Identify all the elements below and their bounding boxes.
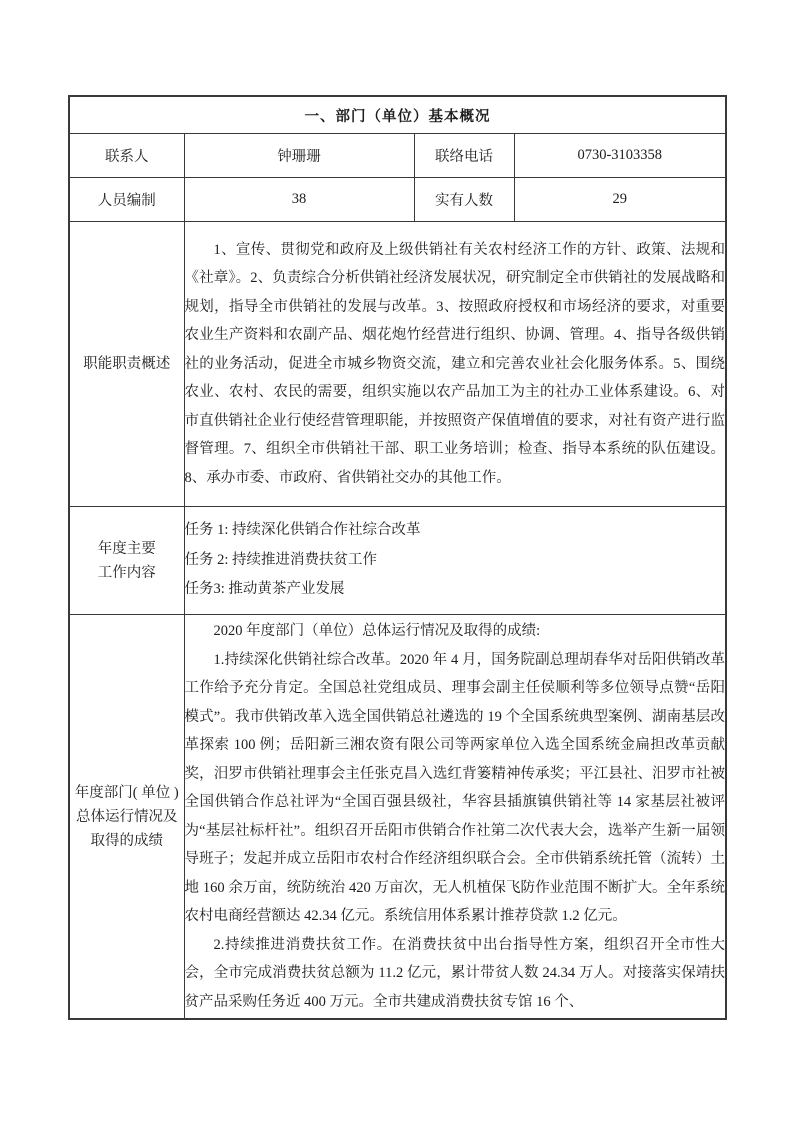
task-item: 任务3: 推动黄茶产业发展 (185, 575, 726, 605)
task-item: 任务 2: 持续推进消费扶贫工作 (185, 546, 726, 576)
annual-tasks-row: 年度主要 工作内容 任务 1: 持续深化供销合作社综合改革 任务 2: 持续推进… (69, 507, 726, 615)
staffing-quota-label: 人员编制 (69, 178, 184, 222)
overview-paragraph-2: 2.持续推进消费扶贫工作。在消费扶贫中出台指导性方案，组织召开全市性大会，全市完… (185, 931, 726, 1017)
overview-intro: 2020 年度部门（单位）总体运行情况及取得的成绩: (185, 617, 726, 646)
headcount-row: 人员编制 38 实有人数 29 (69, 178, 726, 222)
duties-row: 职能职责概述 1、宣传、贯彻党和政府及上级供销社有关农村经济工作的方针、政策、法… (69, 222, 726, 507)
overview-paragraph-1: 1.持续深化供销社综合改革。2020 年 4 月，国务院副总理胡春华对岳阳供销改… (185, 646, 726, 931)
contact-person-label: 联系人 (69, 134, 184, 178)
duties-label: 职能职责概述 (69, 222, 184, 507)
contact-person-value: 钟珊珊 (184, 134, 414, 178)
contact-phone-label: 联络电话 (414, 134, 514, 178)
annual-tasks-content: 任务 1: 持续深化供销合作社综合改革 任务 2: 持续推进消费扶贫工作 任务3… (184, 507, 726, 615)
annual-overview-label: 年度部门( 单位 ) 总体运行情况及 取得的成绩 (69, 615, 184, 1020)
staffing-quota-value: 38 (184, 178, 414, 222)
actual-headcount-label: 实有人数 (414, 178, 514, 222)
section-title: 一、部门（单位）基本概况 (69, 96, 726, 134)
annual-tasks-label: 年度主要 工作内容 (69, 507, 184, 615)
document-page: 一、部门（单位）基本概况 联系人 钟珊珊 联络电话 0730-3103358 人… (0, 0, 793, 1122)
duties-content: 1、宣传、贯彻党和政府及上级供销社有关农村经济工作的方针、政策、法规和《社章》。… (184, 222, 726, 507)
basic-overview-table: 一、部门（单位）基本概况 联系人 钟珊珊 联络电话 0730-3103358 人… (68, 95, 727, 1020)
actual-headcount-value: 29 (514, 178, 726, 222)
contact-row: 联系人 钟珊珊 联络电话 0730-3103358 (69, 134, 726, 178)
title-row: 一、部门（单位）基本概况 (69, 96, 726, 134)
annual-overview-content: 2020 年度部门（单位）总体运行情况及取得的成绩: 1.持续深化供销社综合改革… (184, 615, 726, 1020)
contact-phone-value: 0730-3103358 (514, 134, 726, 178)
duties-text: 1、宣传、贯彻党和政府及上级供销社有关农村经济工作的方针、政策、法规和《社章》。… (185, 236, 726, 493)
annual-overview-row: 年度部门( 单位 ) 总体运行情况及 取得的成绩 2020 年度部门（单位）总体… (69, 615, 726, 1020)
task-item: 任务 1: 持续深化供销合作社综合改革 (185, 516, 726, 546)
